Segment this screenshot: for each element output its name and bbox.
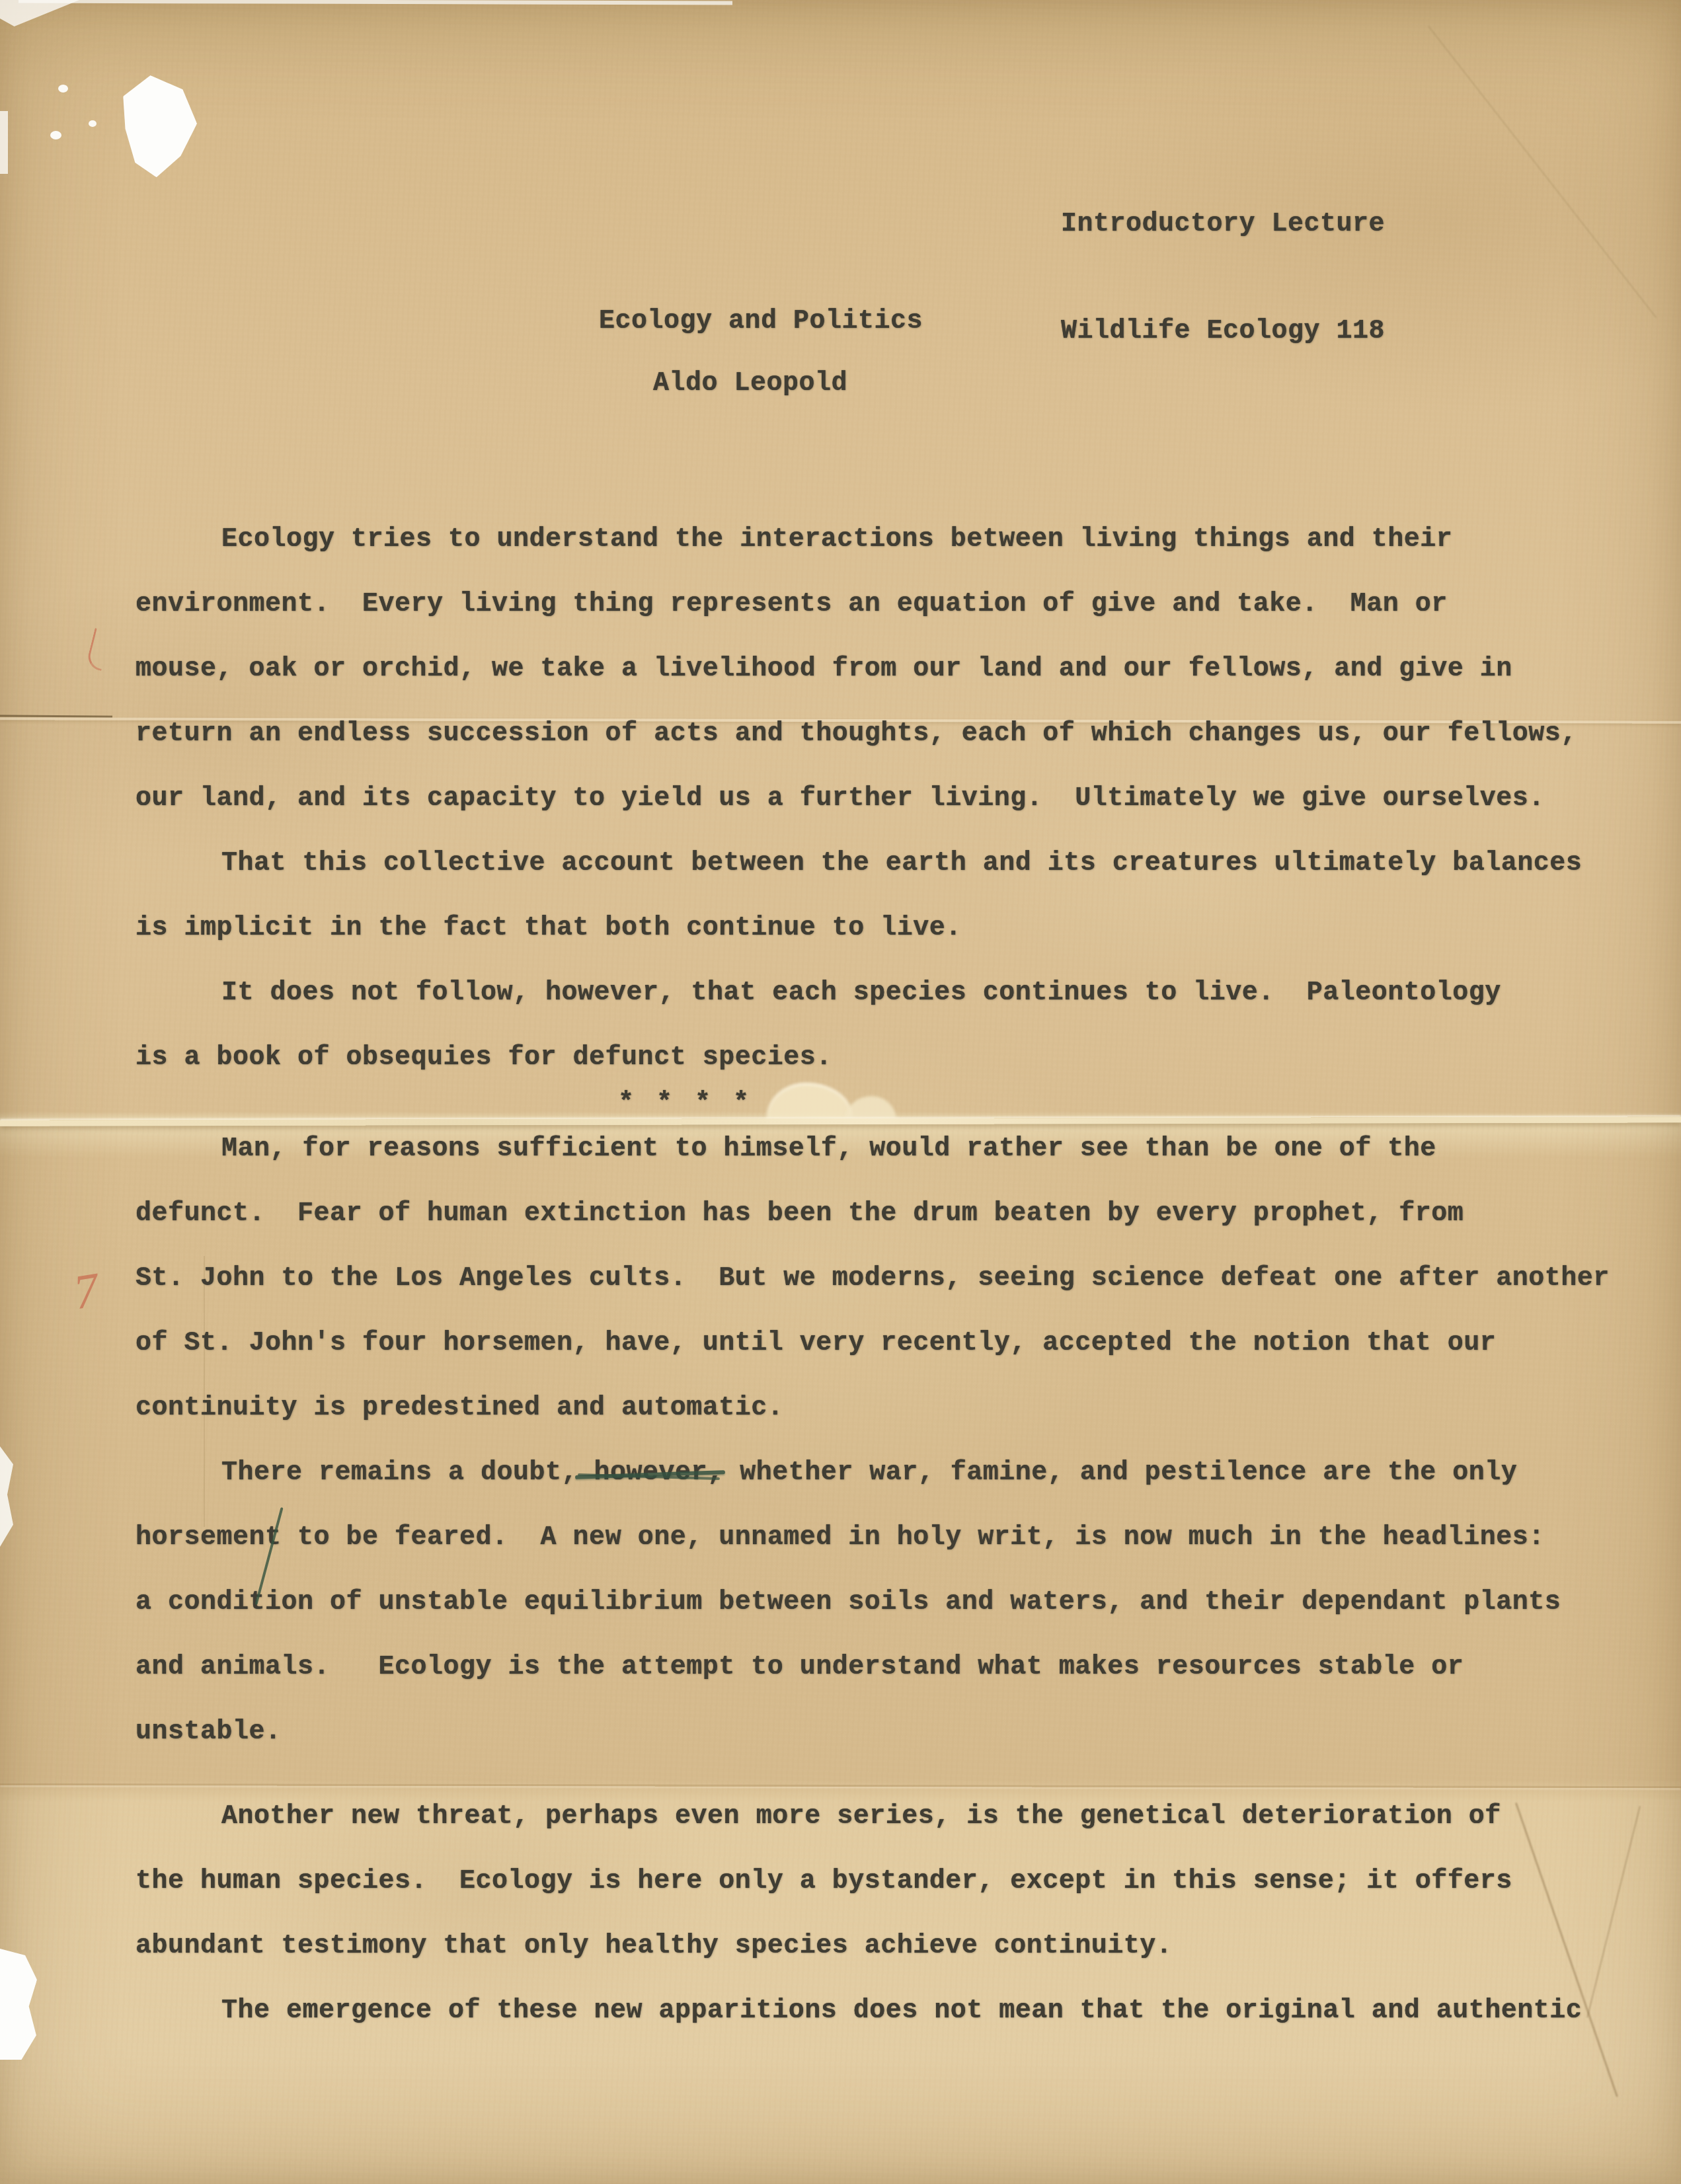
paper-damage-speck	[89, 120, 97, 127]
text-line: is a book of obsequies for defunct speci…	[136, 1026, 1669, 1091]
text-segment: a condition of unstable equilibrium betw…	[136, 1588, 1561, 1618]
text-segment: mouse, oak or orchid, we take a liveliho…	[136, 654, 1512, 684]
text-line: horsement to be feared. A new one, unnam…	[136, 1506, 1669, 1571]
text-line: return an endless succession of acts and…	[136, 702, 1669, 767]
text-line: continuity is predestined and automatic.	[136, 1376, 1669, 1441]
text-segment: Man, for reasons sufficient to himself, …	[221, 1134, 1436, 1164]
course-header-line2: Wildlife Ecology 118	[1061, 314, 1385, 350]
text-line: defunct. Fear of human extinction has be…	[136, 1182, 1669, 1247]
text-line: unstable.	[136, 1700, 1669, 1765]
text-segment: continuity is predestined and automatic.	[136, 1393, 783, 1423]
text-line: St. John to the Los Angeles cults. But w…	[136, 1247, 1669, 1311]
text-line: a condition of unstable equilibrium betw…	[136, 1571, 1669, 1635]
text-segment: and animals. Ecology is the attempt to u…	[136, 1653, 1464, 1682]
text-line: of St. John's four horsemen, have, until…	[136, 1311, 1669, 1376]
text-line: Ecology tries to understand the interact…	[136, 508, 1669, 572]
text-line: There remains a doubt, however, whether …	[136, 1441, 1669, 1506]
text-segment: abundant testimony that only healthy spe…	[136, 1931, 1172, 1961]
text-segment: of St. John's four horsemen, have, until…	[136, 1329, 1496, 1358]
text-line: The emergence of these new apparitions d…	[136, 1979, 1669, 2044]
text-segment: our land, and its capacity to yield us a…	[136, 784, 1545, 814]
text-line: the human species. Ecology is here only …	[136, 1850, 1669, 1914]
pen-deletion-slash: t	[265, 1523, 282, 1553]
text-line: our land, and its capacity to yield us a…	[136, 767, 1669, 832]
text-line: mouse, oak or orchid, we take a liveliho…	[136, 637, 1669, 702]
text-line: abundant testimony that only healthy spe…	[136, 1914, 1669, 1979]
text-segment: St. John to the Los Angeles cults. But w…	[136, 1264, 1610, 1294]
text-line: It does not follow, however, that each s…	[136, 961, 1669, 1026]
text-segment: The emergence of these new apparitions d…	[221, 1996, 1582, 2026]
text-line: is implicit in the fact that both contin…	[136, 896, 1669, 961]
text-segment: is a book of obsequies for defunct speci…	[136, 1043, 832, 1073]
text-segment: horsemen	[136, 1523, 265, 1553]
pen-strikethrough: however,	[578, 1458, 724, 1488]
text-line: environment. Every living thing represen…	[136, 572, 1669, 637]
text-segment: is implicit in the fact that both contin…	[136, 914, 962, 943]
text-segment: There remains a doubt,	[221, 1458, 578, 1488]
text-segment: Ecology tries to understand the interact…	[221, 525, 1452, 555]
text-segment: unstable.	[136, 1717, 282, 1747]
document-body: Ecology tries to understand the interact…	[136, 508, 1669, 2044]
text-segment: That this collective account between the…	[221, 849, 1582, 878]
scanned-typewritten-page: 7 Introductory Lecture Wildlife Ecology …	[0, 0, 1681, 2184]
text-segment: whether war, famine, and pestilence are …	[724, 1458, 1518, 1488]
course-header: Introductory Lecture Wildlife Ecology 11…	[1061, 136, 1385, 421]
document-author: Aldo Leopold	[653, 368, 847, 401]
text-segment: It does not follow, however, that each s…	[221, 978, 1501, 1008]
text-line: That this collective account between the…	[136, 832, 1669, 896]
text-segment: defunct. Fear of human extinction has be…	[136, 1199, 1464, 1229]
section-separator: * * * *	[136, 1091, 1669, 1117]
text-line: Man, for reasons sufficient to himself, …	[136, 1117, 1669, 1182]
text-segment: * * * *	[618, 1089, 752, 1118]
text-segment: Another new threat, perhaps even more se…	[221, 1802, 1501, 1832]
course-header-line1: Introductory Lecture	[1061, 207, 1385, 243]
text-segment: to be feared. A new one, unnamed in holy…	[282, 1523, 1545, 1553]
document-title: Ecology and Politics	[599, 305, 923, 338]
text-segment: return an endless succession of acts and…	[136, 719, 1577, 749]
text-segment: the human species. Ecology is here only …	[136, 1867, 1512, 1896]
torn-left-edge	[0, 111, 8, 174]
text-line: and animals. Ecology is the attempt to u…	[136, 1635, 1669, 1700]
text-segment: environment. Every living thing represen…	[136, 590, 1448, 619]
paper-damage-speck	[58, 85, 68, 93]
paper-damage-speck	[50, 131, 61, 139]
text-line: Another new threat, perhaps even more se…	[136, 1785, 1669, 1850]
